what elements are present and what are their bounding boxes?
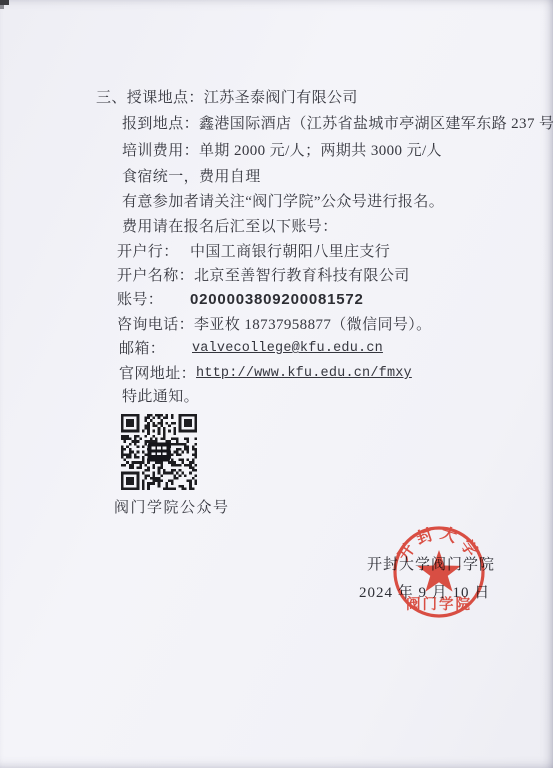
qrcode-caption: 阀门学院公众号 [114,499,230,517]
account-number-row: 账号： 0200003809200081572 [117,291,364,309]
star-icon [417,550,461,592]
qrcode-image [120,414,198,490]
payment-line: 费用请在报名后汇至以下账号： [122,218,338,236]
phone-row: 咨询电话： 李亚枚 18737958877（微信同号）。 [117,316,432,334]
bank-value: 中国工商银行朝阳八里庄支行 [190,243,390,261]
website-label: 官网地址： [119,365,196,383]
account-name-value: 北京至善智行教育科技有限公司 [194,267,410,285]
account-number-label: 账号： [117,291,190,309]
official-seal: 开封大学 阀门学院 [384,517,494,627]
phone-label: 咨询电话： [117,316,194,334]
checkin-location-line: 报到地点：鑫港国际酒店（江苏省盐城市亭湖区建军东路 237 号） [122,115,553,133]
bank-label: 开户行： [117,243,190,261]
closing-line: 特此通知。 [122,388,199,406]
account-name-label: 开户名称： [117,267,194,285]
email-row: 邮箱： valvecollege@kfu.edu.cn [119,340,383,358]
phone-value: 李亚枚 18737958877（微信同号）。 [194,316,432,334]
website-link: http://www.kfu.edu.cn/fmxy [196,365,412,383]
email-link: valvecollege@kfu.edu.cn [192,340,383,358]
teaching-location-line: 三、授课地点：江苏圣泰阀门有限公司 [96,89,358,107]
notice-page: 三、授课地点：江苏圣泰阀门有限公司 报到地点：鑫港国际酒店（江苏省盐城市亭湖区建… [0,0,553,768]
scan-artifact [0,5,4,9]
website-row: 官网地址： http://www.kfu.edu.cn/fmxy [119,365,412,383]
account-name-row: 开户名称： 北京至善智行教育科技有限公司 [117,267,410,285]
account-number-value: 0200003809200081572 [190,291,364,309]
board-lodging-line: 食宿统一，费用自理 [122,168,261,186]
training-fee-line: 培训费用：单期 2000 元/人；两期共 3000 元/人 [122,142,442,160]
bank-row: 开户行： 中国工商银行朝阳八里庄支行 [117,243,390,261]
email-label: 邮箱： [119,340,192,358]
seal-bottom-text: 阀门学院 [406,595,472,613]
signup-line: 有意参加者请关注“阀门学院”公众号进行报名。 [122,193,444,211]
